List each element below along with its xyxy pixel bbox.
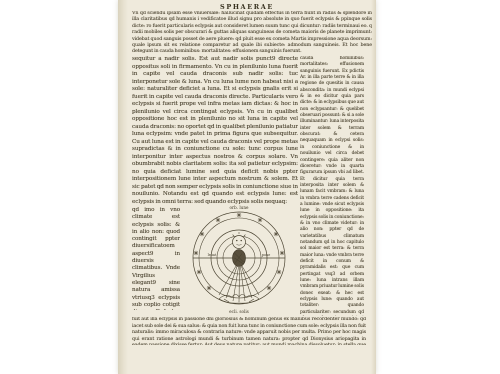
main-text-column: sequitur a nadir solis. Est aut nadir so… xyxy=(132,56,298,206)
diagram-label-east: leuat xyxy=(208,253,217,257)
diagram-label-eclipse-of-sun: ecli. solis xyxy=(229,309,249,314)
book-page: SPHAERAE Vn qd sciendu ipsam esse vniuer… xyxy=(118,0,376,374)
top-paragraph: Vn qd sciendu ipsam esse vniuersale: hal… xyxy=(132,11,372,55)
diagram-label-orbit-of-moon: orb. lune xyxy=(229,205,249,210)
sun-icon xyxy=(233,232,246,249)
bottom-paragraph: fuit aut illa eclypsis in passione dni g… xyxy=(132,317,366,345)
eclipse-diagram: orb. lune xyxy=(180,203,298,316)
commentary-column: cauda hominibus: mortalitates: effusione… xyxy=(300,56,364,316)
diagram-label-west: pone xyxy=(262,253,270,257)
text-strip-beside-figure: qd imo in vno climate est eclypsis solis… xyxy=(132,207,180,310)
moon-icon xyxy=(233,250,246,267)
page-title: SPHAERAE xyxy=(118,3,376,11)
